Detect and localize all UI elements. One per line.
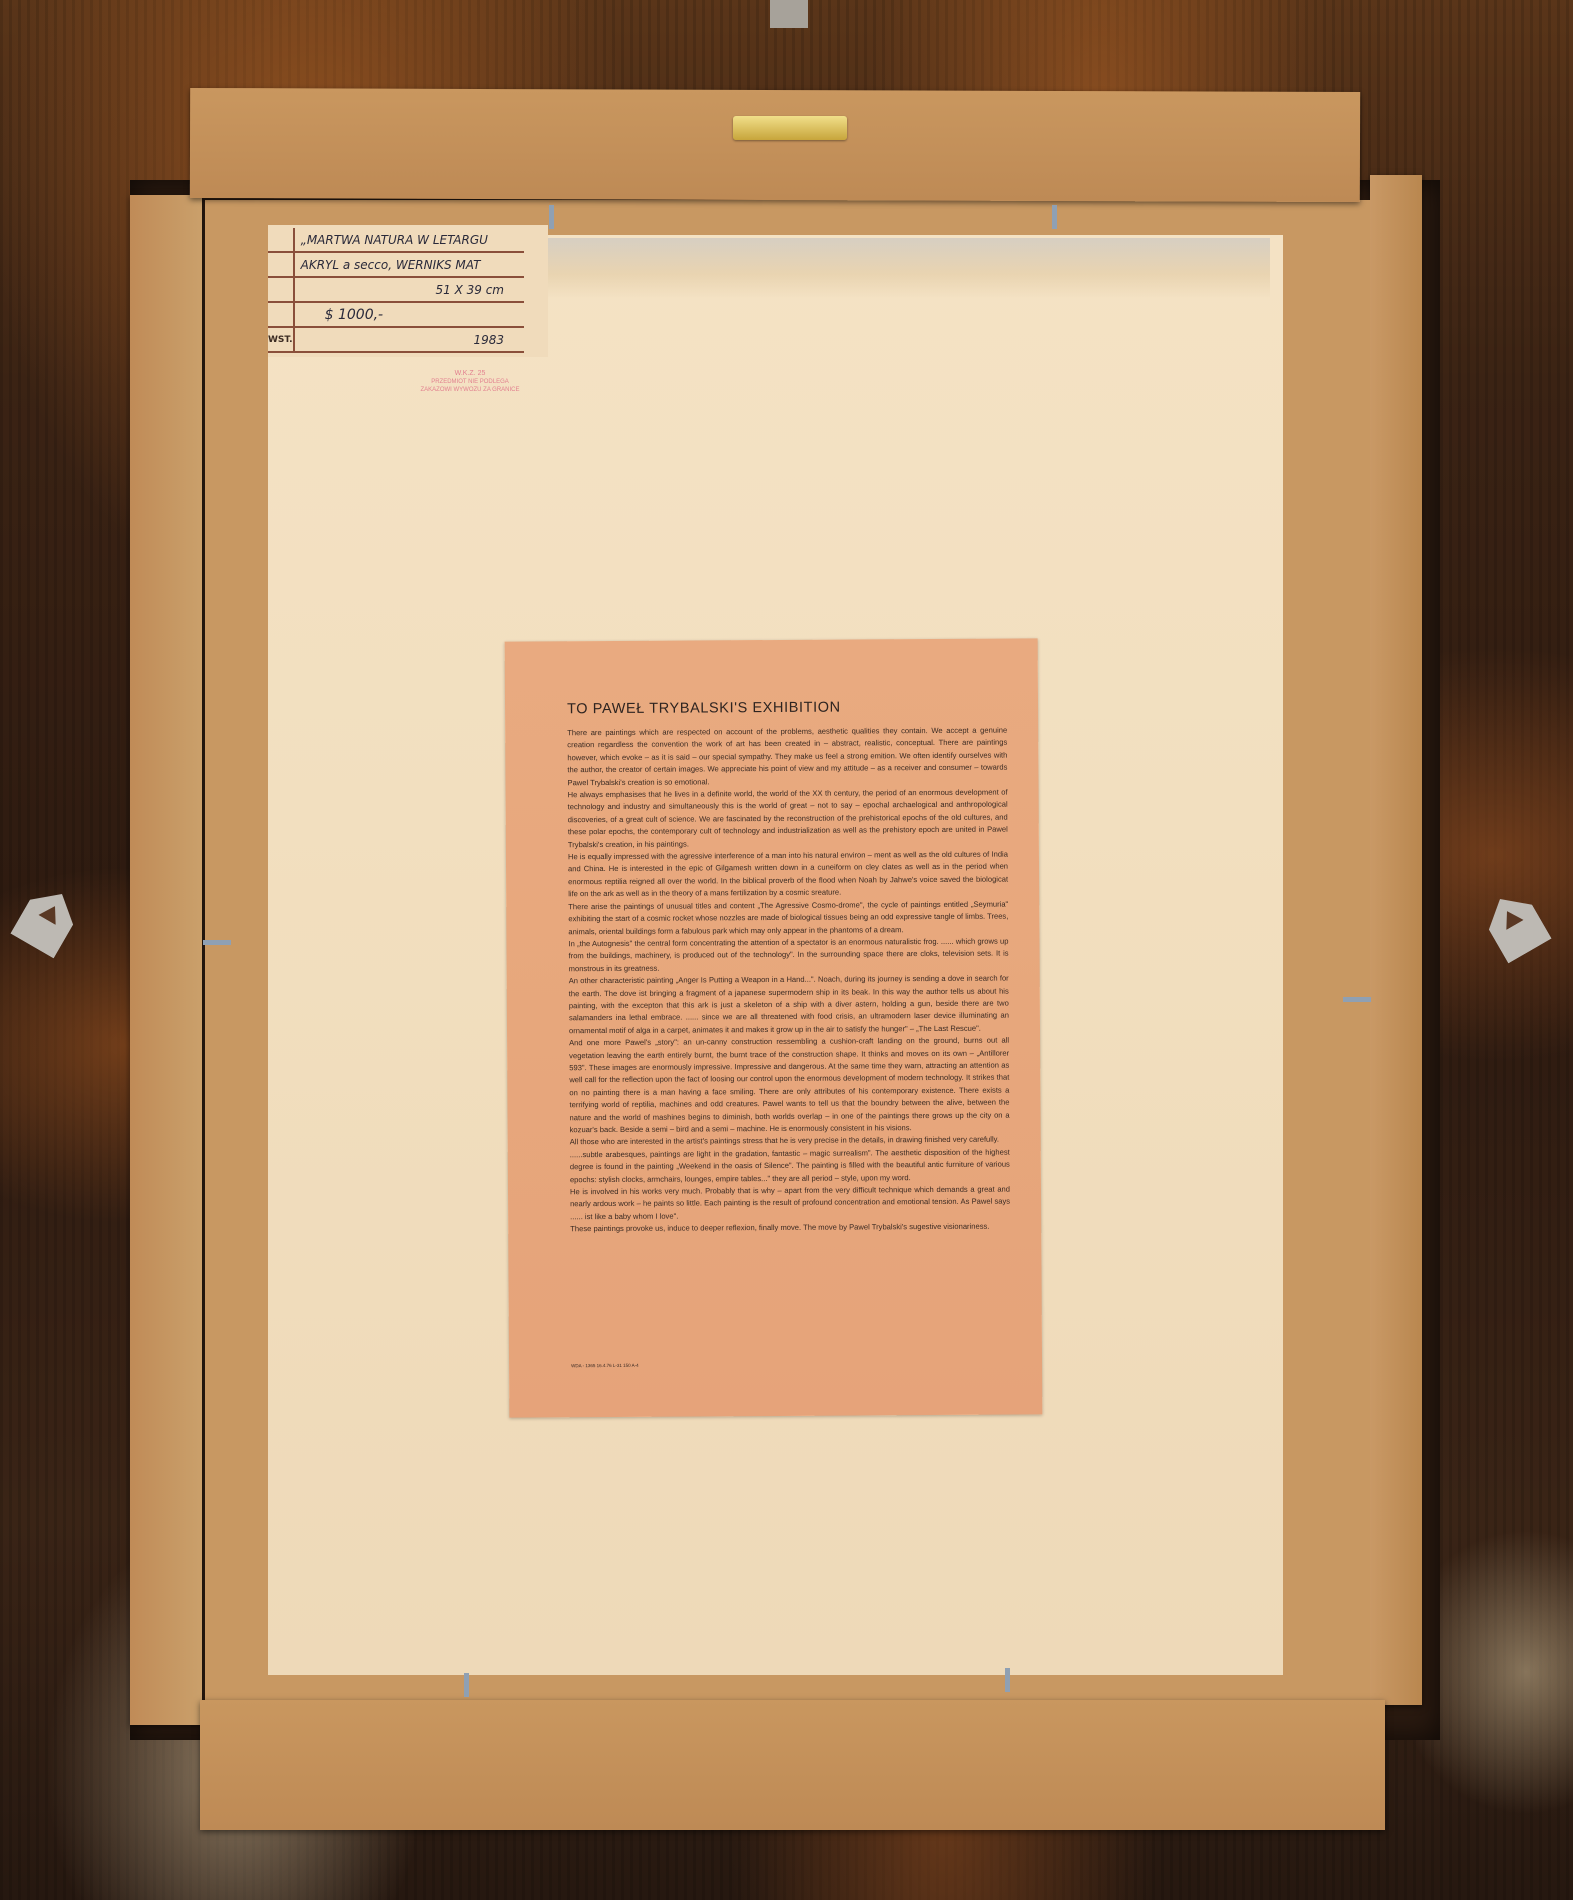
label-price: $ 1000,-	[294, 302, 524, 327]
sheet-paragraph: And one more Pawel's „story": an un-cann…	[569, 1035, 1010, 1137]
retaining-clip	[464, 1673, 469, 1697]
sheet-paragraph: These paintings provoke us, induce to de…	[570, 1221, 1010, 1236]
kraft-paper-top	[190, 88, 1360, 202]
sawtooth-hanger-icon	[733, 116, 847, 140]
sheet-title: TO PAWEŁ TRYBALSKI'S EXHIBITION	[567, 700, 841, 718]
water-stain	[540, 238, 1270, 298]
sheet-paragraph: He is involved in his works very much. P…	[570, 1184, 1010, 1224]
label-row-title: „MARTWA NATURA W LETARGU	[268, 228, 524, 252]
retaining-clip	[1343, 997, 1371, 1002]
label-medium: AKRYL a secco, WERNIKS MAT	[294, 252, 524, 277]
label-row-year: WST. 1983	[268, 327, 524, 352]
inventory-label-table: „MARTWA NATURA W LETARGU AKRYL a secco, …	[268, 228, 524, 353]
sheet-paragraph: There are paintings which are respected …	[567, 725, 1007, 790]
label-year: 1983	[294, 327, 524, 352]
sheet-print-code: WDA - 1365 16.4.76 L-31 150 A-4	[571, 1363, 639, 1368]
label-title: „MARTWA NATURA W LETARGU	[294, 228, 524, 252]
label-dimensions: 51 X 39 cm	[294, 277, 524, 302]
label-row-medium: AKRYL a secco, WERNIKS MAT	[268, 252, 524, 277]
retaining-clip	[203, 940, 231, 945]
kraft-paper-right	[1370, 175, 1422, 1705]
sheet-paragraph: He is equally impressed with the agressi…	[568, 849, 1008, 901]
retaining-clip	[1052, 205, 1057, 229]
sheet-body: There are paintings which are respected …	[567, 725, 1010, 1236]
kraft-paper-left	[130, 195, 202, 1725]
sheet-paragraph: An other characteristic painting „Anger …	[569, 973, 1009, 1038]
retaining-clip	[549, 205, 554, 229]
top-metal-plate	[770, 0, 808, 28]
kraft-paper-bottom	[200, 1700, 1385, 1830]
sheet-paragraph: There arise the paintings of unusual tit…	[568, 898, 1008, 938]
exhibition-sheet: TO PAWEŁ TRYBALSKI'S EXHIBITION There ar…	[505, 638, 1043, 1417]
label-row-price: $ 1000,-	[268, 302, 524, 327]
sheet-paragraph: In „the Autognesis" the central form con…	[568, 935, 1008, 975]
sheet-paragraph: He always emphasises that he lives in a …	[568, 787, 1008, 852]
sheet-paragraph: ......subtle arabesques, paintings are l…	[570, 1146, 1010, 1186]
export-stamp: W.K.Z. 25 PRZEDMIOT NIE PODLEGA ZAKAZOWI…	[385, 370, 555, 394]
retaining-clip	[1005, 1668, 1010, 1692]
label-row-dimensions: 51 X 39 cm	[268, 277, 524, 302]
label-year-header: WST.	[268, 327, 294, 352]
